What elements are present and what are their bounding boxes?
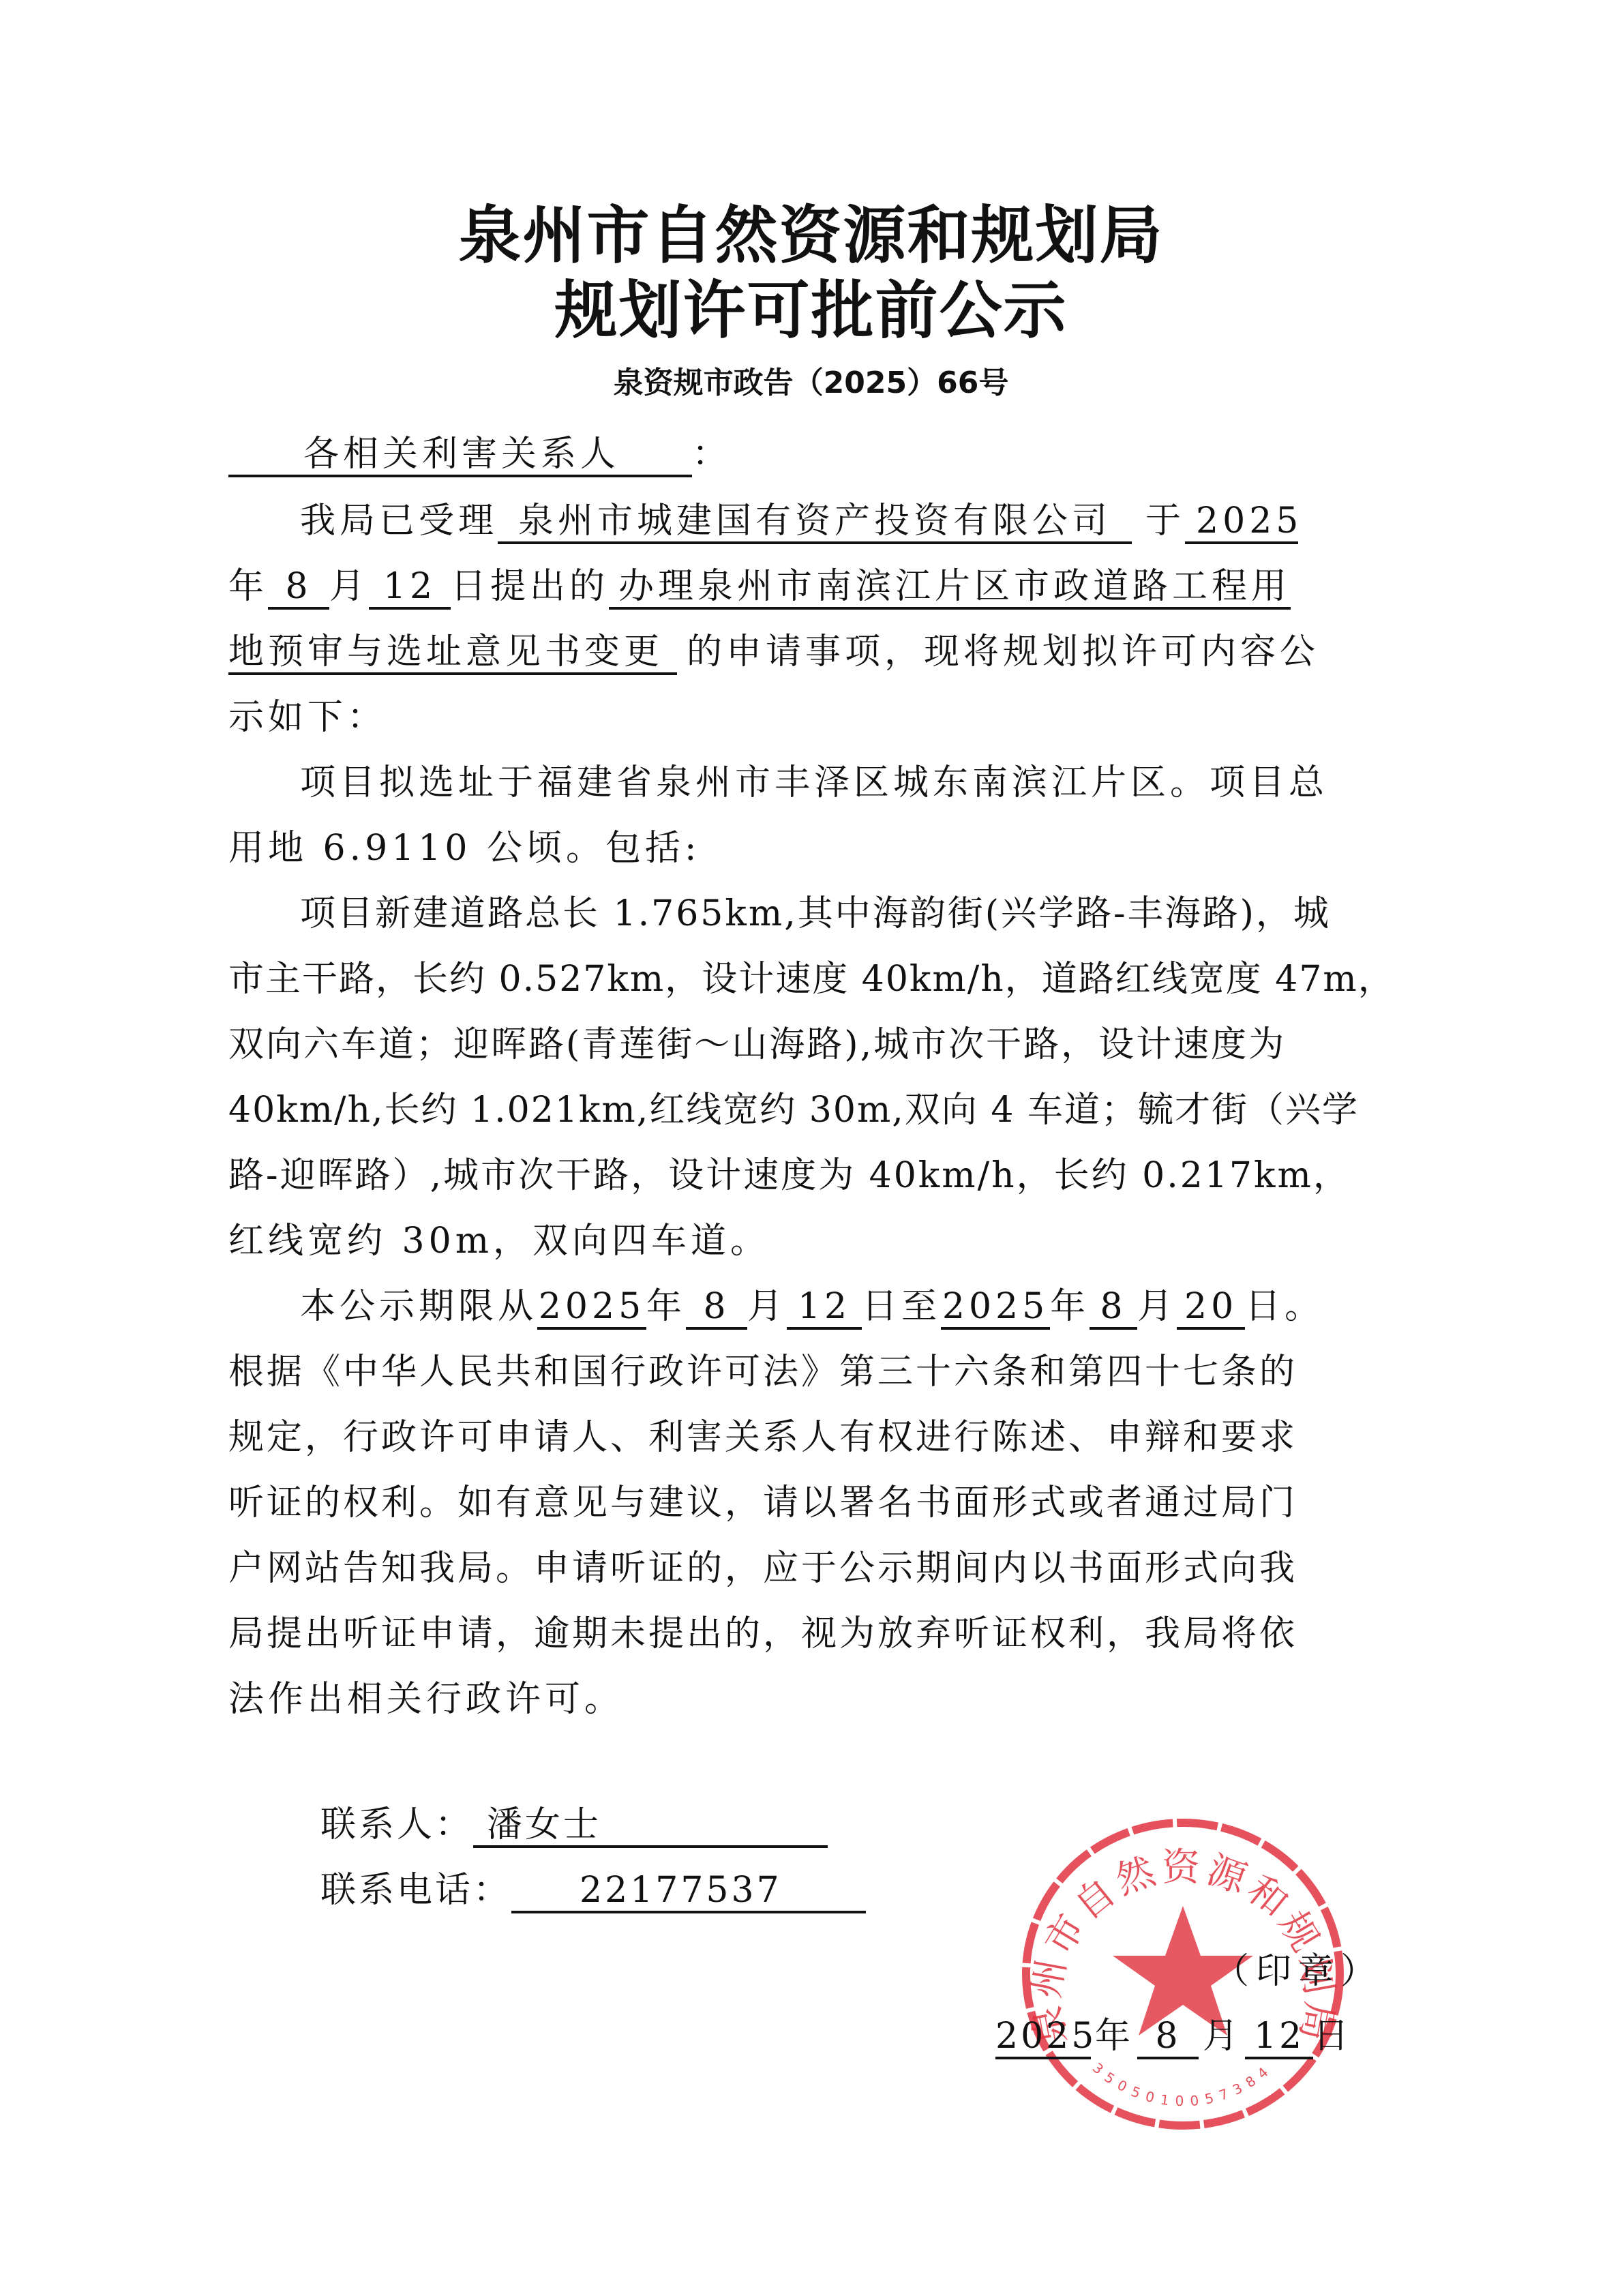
contact-phone-value: 22177537	[511, 1873, 866, 1913]
year-unit: 年	[228, 566, 268, 607]
year-unit: 年	[646, 1286, 686, 1327]
period-end-suffix: 日。	[1245, 1286, 1324, 1327]
document-title-line2: 规划许可批前公示	[0, 280, 1622, 342]
paragraph4-line3: 规定，行政许可申请人、利害关系人有权进行陈述、申辩和要求	[228, 1420, 1297, 1455]
document-title-line1: 泉州市自然资源和规划局	[0, 205, 1622, 267]
paragraph4-line7: 法作出相关行政许可。	[228, 1682, 624, 1717]
paragraph4-line1: 本公示期限从2025年8月12日至2025年8月20日。	[300, 1289, 1324, 1330]
signature-day: 12	[1245, 2018, 1313, 2059]
contact-phone-label: 联系电话：	[320, 1870, 511, 1911]
month-unit: 月	[329, 566, 369, 607]
paragraph3-line2: 市主干路，长约 0.527km，设计速度 40km/h，道路红线宽度 47m，	[228, 961, 1395, 997]
paragraph4-line5: 户网站告知我局。申请听证的，应于公示期间内以书面形式向我	[228, 1551, 1297, 1586]
period-end-day: 20	[1177, 1289, 1245, 1330]
period-prefix: 本公示期限从	[300, 1286, 537, 1327]
para1-on: 于	[1132, 501, 1185, 541]
day-unit: 日提出的	[451, 566, 609, 607]
period-start-year: 2025	[537, 1289, 646, 1330]
addressee-colon: ：	[692, 434, 732, 475]
month-unit: 月	[1199, 2016, 1245, 2057]
document-number: 泉资规市政告（2025）66号	[0, 368, 1622, 398]
para1-suffix: 的申请事项，现将规划拟许可内容公	[677, 631, 1319, 672]
signature-month: 8	[1137, 2018, 1199, 2059]
svg-text:3505010057384: 3505010057384	[1090, 2059, 1276, 2109]
contact-person-label: 联系人：	[320, 1804, 473, 1845]
contact-person-line: 联系人：潘女士	[320, 1807, 828, 1848]
paragraph1-line4: 示如下：	[228, 700, 387, 735]
signature-year: 2025	[995, 2018, 1091, 2059]
paragraph3-line5: 路-迎晖路）,城市次干路，设计速度为 40km/h，长约 0.217km，	[228, 1158, 1351, 1193]
year-unit: 年	[1050, 1286, 1090, 1327]
contact-person-value: 潘女士	[473, 1807, 828, 1848]
para1-prefix: 我局已受理	[300, 501, 498, 541]
application-item-part1: 办理泉州市南滨江片区市政道路工程用	[609, 569, 1291, 610]
seal-code: 3505010057384	[1090, 2059, 1276, 2109]
seal-label: （印章）	[1214, 1954, 1383, 1989]
apply-year: 2025	[1185, 503, 1298, 544]
day-unit: 日	[1313, 2016, 1351, 2057]
contact-phone-line: 联系电话：22177537	[320, 1873, 866, 1913]
paragraph2-line2: 用地 6.9110 公顷。包括:	[228, 831, 701, 866]
apply-day: 12	[369, 569, 451, 610]
month-unit: 月	[1137, 1286, 1177, 1327]
paragraph1-line3: 地预审与选址意见书变更的申请事项，现将规划拟许可内容公	[228, 634, 1319, 675]
paragraph4-line4: 听证的权利。如有意见与建议，请以署名书面形式或者通过局门	[228, 1485, 1297, 1521]
paragraph3-line6: 红线宽约 30m，双向四车道。	[228, 1223, 770, 1259]
paragraph3-line1: 项目新建道路总长 1.765km,其中海韵街(兴学路-丰海路)，城	[300, 896, 1331, 931]
signature-date: 2025年8月12日	[995, 2018, 1351, 2059]
apply-month: 8	[268, 569, 329, 610]
period-start-day: 12	[787, 1289, 862, 1330]
paragraph3-line4: 40km/h,长约 1.021km,红线宽约 30m,双向 4 车道；毓才街（兴…	[228, 1092, 1359, 1128]
application-item-part2: 地预审与选址意见书变更	[228, 634, 677, 675]
addressee-name: 各相关利害关系人	[228, 436, 692, 477]
paragraph2-line1: 项目拟选址于福建省泉州市丰泽区城东南滨江片区。项目总	[300, 765, 1328, 801]
addressee-line: 各相关利害关系人：	[228, 436, 732, 477]
period-end-month: 8	[1090, 1289, 1137, 1330]
period-end-year: 2025	[941, 1289, 1050, 1330]
paragraph4-line6: 局提出听证申请，逾期未提出的，视为放弃听证权利，我局将依	[228, 1616, 1297, 1652]
month-unit: 月	[747, 1286, 787, 1327]
period-start-month: 8	[686, 1289, 747, 1330]
period-to: 日至	[862, 1286, 941, 1327]
year-unit: 年	[1091, 2016, 1137, 2057]
paragraph1-line1: 我局已受理泉州市城建国有资产投资有限公司于2025	[300, 503, 1298, 544]
paragraph1-line2: 年8月12日提出的办理泉州市南滨江片区市政道路工程用	[228, 569, 1291, 610]
applicant-name: 泉州市城建国有资产投资有限公司	[498, 503, 1132, 544]
paragraph4-line2: 根据《中华人民共和国行政许可法》第三十六条和第四十七条的	[228, 1354, 1297, 1390]
paragraph3-line3: 双向六车道；迎晖路(青莲街～山海路),城市次干路，设计速度为	[228, 1027, 1286, 1062]
